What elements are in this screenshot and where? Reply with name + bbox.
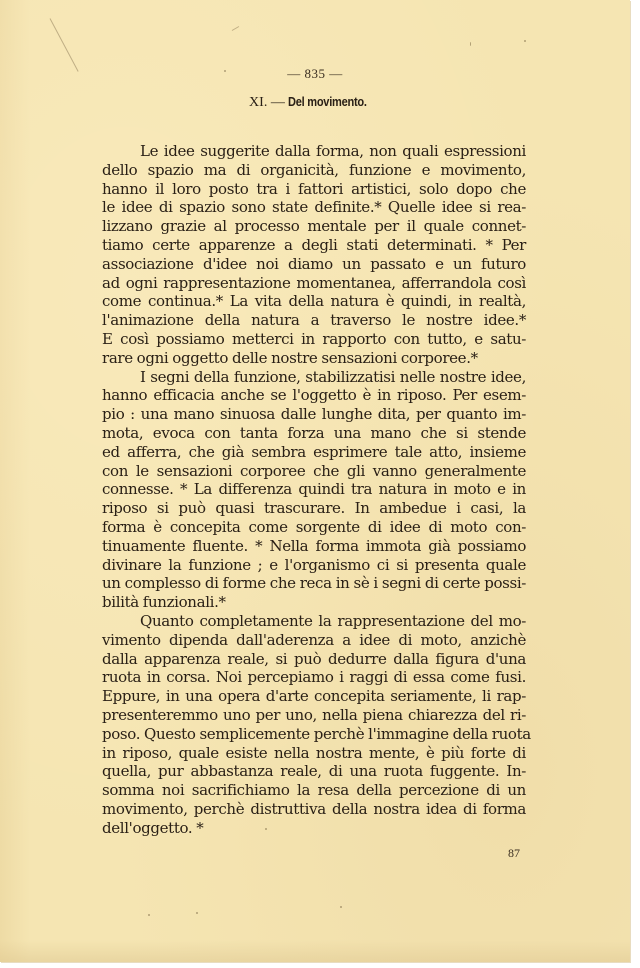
text-line: associazione d'idee noi diamo un passato… (102, 255, 526, 274)
text-line: tinuamente fluente. * Nella forma immota… (102, 537, 526, 556)
text-line: riposo si può quasi trascurare. In ambed… (102, 499, 526, 518)
text-line: mota, evoca con tanta forza una mano che… (102, 424, 526, 443)
text-line: Le idee suggerite dalla forma, non quali… (102, 142, 526, 161)
text-line: in riposo, quale esiste nella nostra men… (102, 744, 526, 763)
text-line: ed afferra, che già sembra esprimere tal… (102, 443, 526, 462)
text-line: dalla apparenza reale, si può dedurre da… (102, 650, 526, 669)
text-line: I segni della funzione, stabilizzatisi n… (102, 368, 526, 387)
page-header-number: — 835 — (0, 66, 630, 82)
body-text: Le idee suggerite dalla forma, non quali… (102, 142, 526, 837)
paragraph-3: Quanto completamente la rappresentazione… (102, 612, 526, 838)
text-line: hanno efficacia anche se l'oggetto è in … (102, 386, 526, 405)
text-line: Quanto completamente la rappresentazione… (102, 612, 526, 631)
scanned-page: — 835 — XI. — Del movimento. Le idee sug… (0, 0, 630, 962)
text-line: presenteremmo uno per uno, nella piena c… (102, 706, 526, 725)
paper-speck (148, 914, 150, 916)
text-line: forma è concepita come sorgente di idee … (102, 518, 526, 537)
text-line: ad ogni rappresentazione momentanea, aff… (102, 274, 526, 293)
text-line: poso. Questo semplicemente perchè l'imma… (102, 725, 526, 744)
text-line: con le sensazioni corporee che gli vanno… (102, 462, 526, 481)
paper-speck (196, 912, 198, 914)
text-line: vimento dipenda dall'aderenza a idee di … (102, 631, 526, 650)
paper-crease (50, 18, 79, 71)
chapter-number: XI. — (249, 95, 285, 110)
text-line: somma noi sacrifichiamo la resa della pe… (102, 781, 526, 800)
text-line: movimento, perchè distruttiva della nost… (102, 800, 526, 819)
paper-mark (232, 26, 239, 31)
text-line: le idee di spazio sono state definite.* … (102, 198, 526, 217)
text-line: dell'oggetto. * (102, 819, 526, 838)
paper-speck (524, 40, 526, 42)
paper-speck (340, 906, 342, 908)
text-line: Eppure, in una opera d'arte concepita se… (102, 687, 526, 706)
text-line: ruota in corsa. Noi percepiamo i raggi d… (102, 668, 526, 687)
text-line: un complesso di forme che reca in sè i s… (102, 574, 526, 593)
text-line: dello spazio ma di organicità, funzione … (102, 161, 526, 180)
text-line: tiamo certe apparenze a degli stati dete… (102, 236, 526, 255)
text-line: bilità funzionali.* (102, 593, 526, 612)
text-line: pio : una mano sinuosa dalle lunghe dita… (102, 405, 526, 424)
text-line: divinare la funzione ; e l'organismo ci … (102, 556, 526, 575)
paper-speck (470, 42, 471, 46)
text-line: quella, pur abbastanza reale, di una ruo… (102, 762, 526, 781)
text-line: connesse. * La differenza quindi tra nat… (102, 480, 526, 499)
chapter-title: XI. — Del movimento. (0, 94, 630, 111)
text-line: l'animazione della natura a traverso le … (102, 311, 526, 330)
text-line: rare ogni oggetto delle nostre sensazion… (102, 349, 526, 368)
text-line: lizzano grazie al processo mentale per i… (102, 217, 526, 236)
text-line: hanno il loro posto tra i fattori artist… (102, 180, 526, 199)
paragraph-2: I segni della funzione, stabilizzatisi n… (102, 368, 526, 612)
paragraph-1: Le idee suggerite dalla forma, non quali… (102, 142, 526, 368)
page-folio-number: 87 (508, 846, 520, 861)
text-line: E così possiamo metterci in rapporto con… (102, 330, 526, 349)
text-line: come continua.* La vita della natura è q… (102, 292, 526, 311)
chapter-name: Del movimento. (288, 94, 367, 109)
